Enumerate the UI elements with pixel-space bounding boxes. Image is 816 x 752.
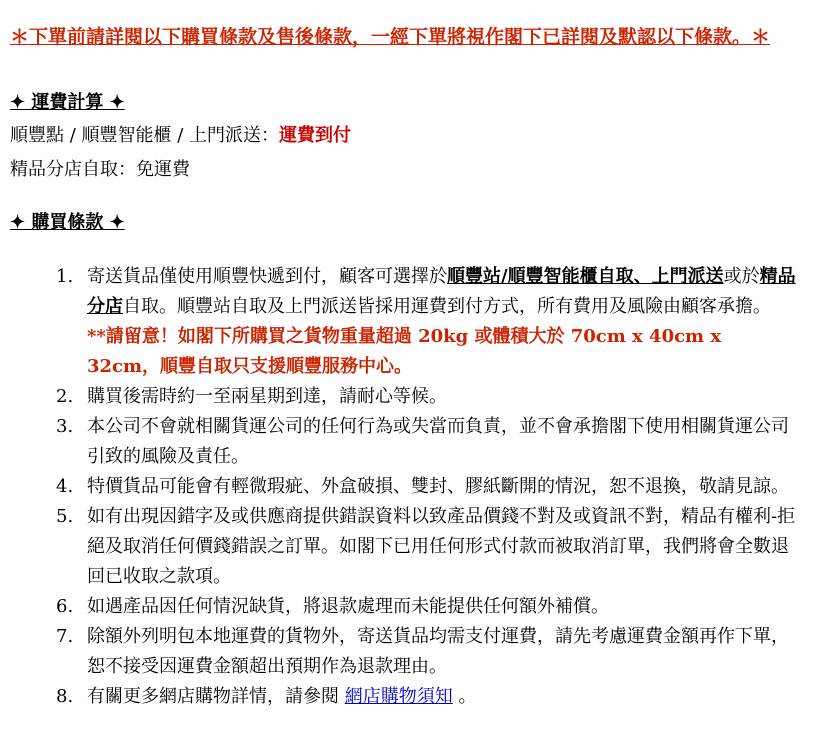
weight-size-warning: **請留意！如閣下所購買之貨物重量超過 20kg 或體積大於 70cm x 40… [87,322,799,382]
term-number: 4. [56,472,87,502]
term-text: 購買後需時約一至兩星期到達，請耐心等候。 [87,382,799,412]
store-pickup-line: 精品分店自取：免運費 [10,156,806,184]
term-number: 2. [56,382,87,412]
term-text: 有關更多網店購物詳情，請參閱 網店購物須知 。 [87,682,799,712]
term-number: 7. [56,622,87,652]
term-1-text-b: 或於 [724,266,760,287]
terms-heading-text: ✦ 購買條款 ✦ [10,212,125,233]
term-item-8: 8. 有關更多網店購物詳情，請參閱 網店購物須知 。 [56,682,806,712]
purchase-notice-banner: ＊下單前請詳閱以下購買條款及售後條款，一經下單將視作閣下已詳閱及默認以下條款。＊ [10,24,806,50]
term-item-7: 7. 除額外列明包本地運費的貨物外，寄送貨品均需支付運費，請先考慮運費金額再作下… [56,622,806,682]
terms-list: 1. 寄送貨品僅使用順豐快遞到付，顧客可選擇於順豐站/順豐智能櫃自取、上門派送或… [56,262,806,712]
term-item-3: 3. 本公司不會就相關貨運公司的任何行為或失當而負責，並不會承擔閣下使用相關貨運… [56,412,806,472]
term-item-6: 6. 如遇產品因任何情況缺貨，將退款處理而未能提供任何額外補償。 [56,592,806,622]
term-item-5: 5. 如有出現因錯字及或供應商提供錯誤資料以致產品價錢不對及或資訊不對，精品有權… [56,502,806,592]
term-number: 8. [56,682,87,712]
freight-collect-highlight: 運費到付 [279,125,351,146]
term-8-text-b: 。 [453,686,477,707]
term-item-2: 2. 購買後需時約一至兩星期到達，請耐心等候。 [56,382,806,412]
terms-section-heading: ✦ 購買條款 ✦ [10,210,806,236]
shipping-method-line: 順豐點 / 順豐智能櫃 / 上門派送：運費到付 [10,122,806,150]
shipping-method-prefix: 順豐點 / 順豐智能櫃 / 上門派送： [10,125,279,146]
term-item-1: 1. 寄送貨品僅使用順豐快遞到付，顧客可選擇於順豐站/順豐智能櫃自取、上門派送或… [56,262,806,382]
term-text: 寄送貨品僅使用順豐快遞到付，顧客可選擇於順豐站/順豐智能櫃自取、上門派送或於精品… [87,262,799,382]
term-1-text-a: 寄送貨品僅使用順豐快遞到付，顧客可選擇於 [87,266,447,287]
term-text: 如有出現因錯字及或供應商提供錯誤資料以致產品價錢不對及或資訊不對，精品有權利-拒… [87,502,799,592]
term-number: 6. [56,592,87,622]
terms-page: ＊下單前請詳閱以下購買條款及售後條款，一經下單將視作閣下已詳閱及默認以下條款。＊… [0,0,816,712]
term-number: 1. [56,262,87,292]
term-number: 3. [56,412,87,442]
term-text: 特價貨品可能會有輕微瑕疵、外盒破損、雙封、膠紙斷開的情況，恕不退換，敬請見諒。 [87,472,799,502]
term-item-4: 4. 特價貨品可能會有輕微瑕疵、外盒破損、雙封、膠紙斷開的情況，恕不退換，敬請見… [56,472,806,502]
store-shopping-guide-link[interactable]: 網店購物須知 [345,686,453,707]
shipping-section-heading: ✦ 運費計算 ✦ [10,90,806,116]
shipping-heading-text: ✦ 運費計算 ✦ [10,92,125,113]
term-text: 本公司不會就相關貨運公司的任何行為或失當而負責，並不會承擔閣下使用相關貨運公司引… [87,412,799,472]
term-8-text-a: 有關更多網店購物詳情，請參閱 [87,686,345,707]
term-1-pickup-options-emphasis: 順豐站/順豐智能櫃自取、上門派送 [447,266,724,287]
term-1-text-c: 自取。順豐站自取及上門派送皆採用運費到付方式，所有費用及風險由顧客承擔。 [123,296,771,317]
term-text: 如遇產品因任何情況缺貨，將退款處理而未能提供任何額外補償。 [87,592,799,622]
term-text: 除額外列明包本地運費的貨物外，寄送貨品均需支付運費，請先考慮運費金額再作下單，恕… [87,622,799,682]
term-number: 5. [56,502,87,532]
